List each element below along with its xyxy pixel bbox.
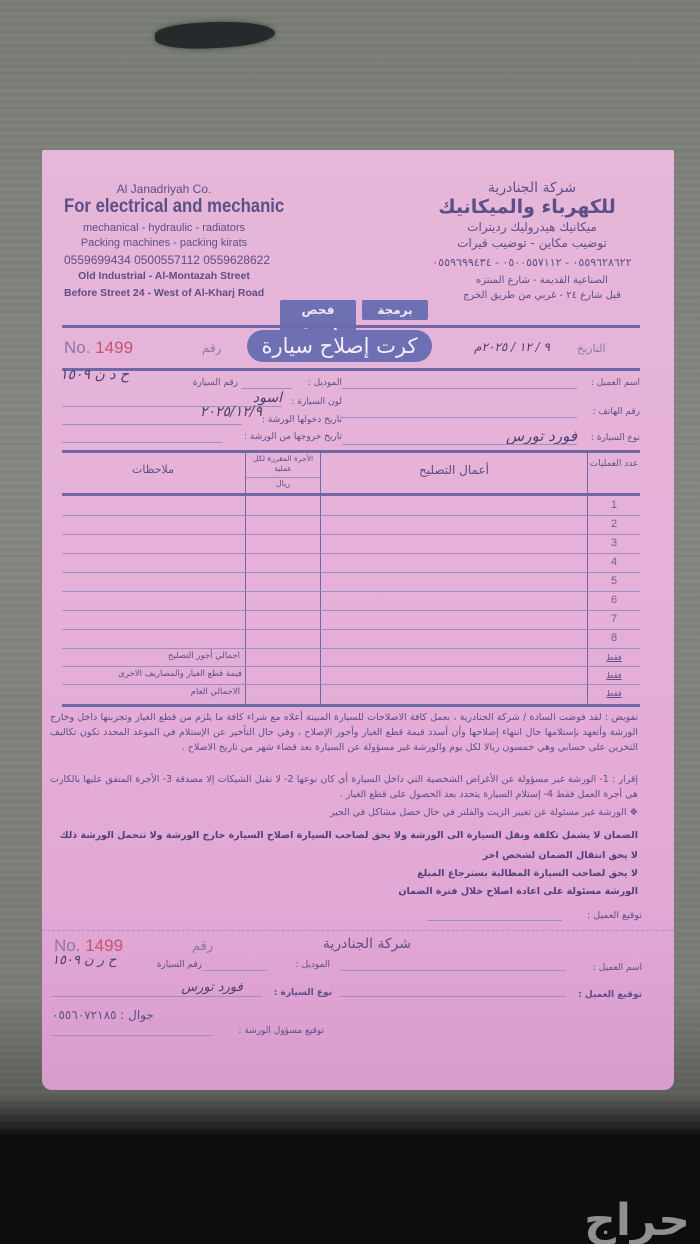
stub-model-label: الموديل : [270, 960, 330, 970]
services-en-2: Packing machines - packing kirats [64, 237, 264, 249]
warranty-line-2: لا يحق انتقال الضمان لشخص اخر [50, 848, 638, 863]
stub-plate-label: رقم السيارة [142, 960, 202, 970]
card-title: كرت إصلاح سيارة [247, 330, 432, 362]
workshop-signature-label: توقيع مسؤول الورشة : [214, 1026, 324, 1036]
stub-number-label-ar: رقم [192, 939, 213, 954]
stub-customer-name-label: اسم العميل : [570, 963, 642, 973]
haraj-watermark: حراج [584, 1195, 690, 1244]
company-tagline-en: For electrical and mechanic [64, 196, 249, 218]
row-number: 5 [588, 575, 640, 587]
stub-car-type-field [52, 996, 262, 997]
row-number: 7 [588, 613, 640, 625]
customer-name-field[interactable] [342, 388, 577, 389]
works-column-header: أعمال التصليح [324, 463, 584, 477]
company-name-en: Al Janadriyah Co. [64, 182, 264, 196]
repair-card-form: Al Janadriyah Co. For electrical and mec… [42, 150, 674, 1090]
phone-label: رقم الهاتف : [582, 407, 640, 417]
exit-date-label: تاريخ خروجها من الورشة : [212, 432, 342, 442]
car-color-label: لون السيارة : [282, 397, 342, 407]
entry-date-field [62, 424, 242, 425]
card-number: No. 1499 [64, 338, 133, 358]
entry-date-label: تاريخ دخولها الورشة : [242, 415, 342, 425]
address-en-1: Old Industrial - Al-Montazah Street [64, 270, 264, 282]
count-column-header: عدد العمليات [589, 456, 639, 473]
customer-name-label: اسم العميل : [582, 378, 640, 388]
row-number: 4 [588, 556, 640, 568]
address-ar-2: قبل شارع ٢٤ - غربي من طريق الخرج [442, 290, 642, 301]
car-type-value[interactable]: فورد تورس [457, 427, 577, 445]
stub-plate-value[interactable]: ح ر ن ١٥٠٩ [52, 953, 142, 968]
mobile-label: جوال : [120, 1008, 154, 1022]
exit-date-field[interactable] [62, 442, 222, 443]
declaration-text: إقرار : 1- الورشة غير مسؤولة عن الأغراض … [50, 772, 638, 802]
number-label-ar: رقم [202, 341, 222, 355]
row-number: 3 [588, 537, 640, 549]
stub-car-type-value[interactable]: فورد تورس [162, 980, 262, 995]
fee-column-header: الأجرة المقررة لكل عملية [246, 454, 320, 474]
customer-signature-field[interactable] [427, 920, 562, 921]
customer-signature-label: توقيع العميل : [562, 910, 642, 921]
phone-field[interactable] [342, 417, 577, 418]
workshop-signature-field[interactable] [52, 1035, 212, 1036]
plate-value[interactable]: ح د ن ١٥٠٩ [60, 367, 170, 383]
parts-expenses-label: قيمة قطع الغيار والمصاريف الاخرى [64, 669, 242, 679]
warranty-line-4: الورشة مسئولة على اعادة اصلاح خلال فترة … [50, 884, 638, 899]
total-tag: فقط [589, 689, 639, 698]
total-tag: فقط [589, 671, 639, 680]
stub-mobile: جوال : ٠٥٥٦٠٧٢١٨٥ [52, 1008, 212, 1022]
address-en-2: Before Street 24 - West of Al-Kharj Road [64, 287, 264, 299]
total-repair-fees-label: اجمالي أجور التصليح [64, 651, 240, 661]
repair-table-header: عدد العمليات أعمال التصليح الأجرة المقرر… [62, 453, 640, 493]
divider [62, 325, 640, 328]
stub-company-name: شركة الجنادرية [292, 936, 442, 952]
authorization-text: تفويض : لقد فوضت السادة / شركة الجنادرية… [50, 710, 638, 755]
mobile-value: ٠٥٥٦٠٧٢١٨٥ [52, 1008, 116, 1022]
notes-column-header: ملاحظات [62, 463, 244, 476]
row-number: 6 [588, 594, 640, 606]
phones-ar: ٠٥٥٩٦٢٨٦٢٢ - ٠٥٠٠٥٥٧١١٢ - ٠٥٥٩٦٩٩٤٣٤ [422, 256, 642, 269]
grand-total-label: الاجمالي العام [64, 687, 240, 697]
no-label: No. [64, 338, 90, 357]
divider [62, 704, 640, 707]
row-number: 2 [588, 518, 640, 530]
address-ar-1: الصناعية القديمة - شارع المنتزه [442, 275, 642, 286]
date-label: التاريخ [577, 342, 606, 355]
services-ar-2: توضيب مكاين - توضيب قيرات [422, 236, 642, 250]
card-number-value: 1499 [95, 338, 133, 357]
car-type-label: نوع السيارة : [582, 433, 640, 443]
plate-label: رقم السيارة [172, 378, 238, 388]
currency-header: ريال [246, 479, 320, 488]
model-label: الموديل : [292, 378, 342, 388]
warranty-line-3: لا يحق لصاحب السيارة المطالبة بسترجاع ال… [50, 866, 638, 881]
warranty-line-1: الضمان لا يشمل تكلفة ونقل السيارة الى ال… [50, 828, 638, 843]
entry-date-value[interactable]: ٢٠٢٥/١٢/٩ [112, 404, 262, 420]
services-en-1: mechanical - hydraulic - radiators [64, 222, 264, 234]
programming-tag: برمجة [362, 300, 428, 320]
stub-model-field[interactable] [202, 970, 267, 971]
repair-table-body: 1 2 3 4 5 6 7 8 فقط اجمالي أجور التصليح … [62, 496, 640, 704]
stub-customer-signature-field[interactable] [340, 996, 566, 997]
model-field[interactable] [242, 388, 292, 389]
services-ar-1: ميكانيك هيدروليك رديترات [422, 220, 642, 234]
company-tagline-ar: للكهرباء والميكانيك [412, 196, 642, 218]
total-tag: فقط [589, 653, 639, 662]
stub-customer-signature-label: توقيع العميل : [570, 990, 642, 1000]
phones-en: 0559699434 0500557112 0559628622 [62, 253, 272, 267]
car-type-field [342, 444, 577, 445]
stub-customer-name-field[interactable] [340, 970, 566, 971]
row-number: 1 [588, 499, 640, 511]
company-name-ar: شركة الجنادرية [422, 180, 642, 196]
tear-line [42, 930, 674, 931]
oil-note: ❖ الورشة غير مسئولة عن تغيير الزيت والفل… [50, 805, 638, 820]
stub-car-type-label: نوع السيارة : [270, 988, 332, 998]
row-number: 8 [588, 632, 640, 644]
date-value: ٩ / ١٢ / ٢٠٢٥م [462, 340, 562, 354]
